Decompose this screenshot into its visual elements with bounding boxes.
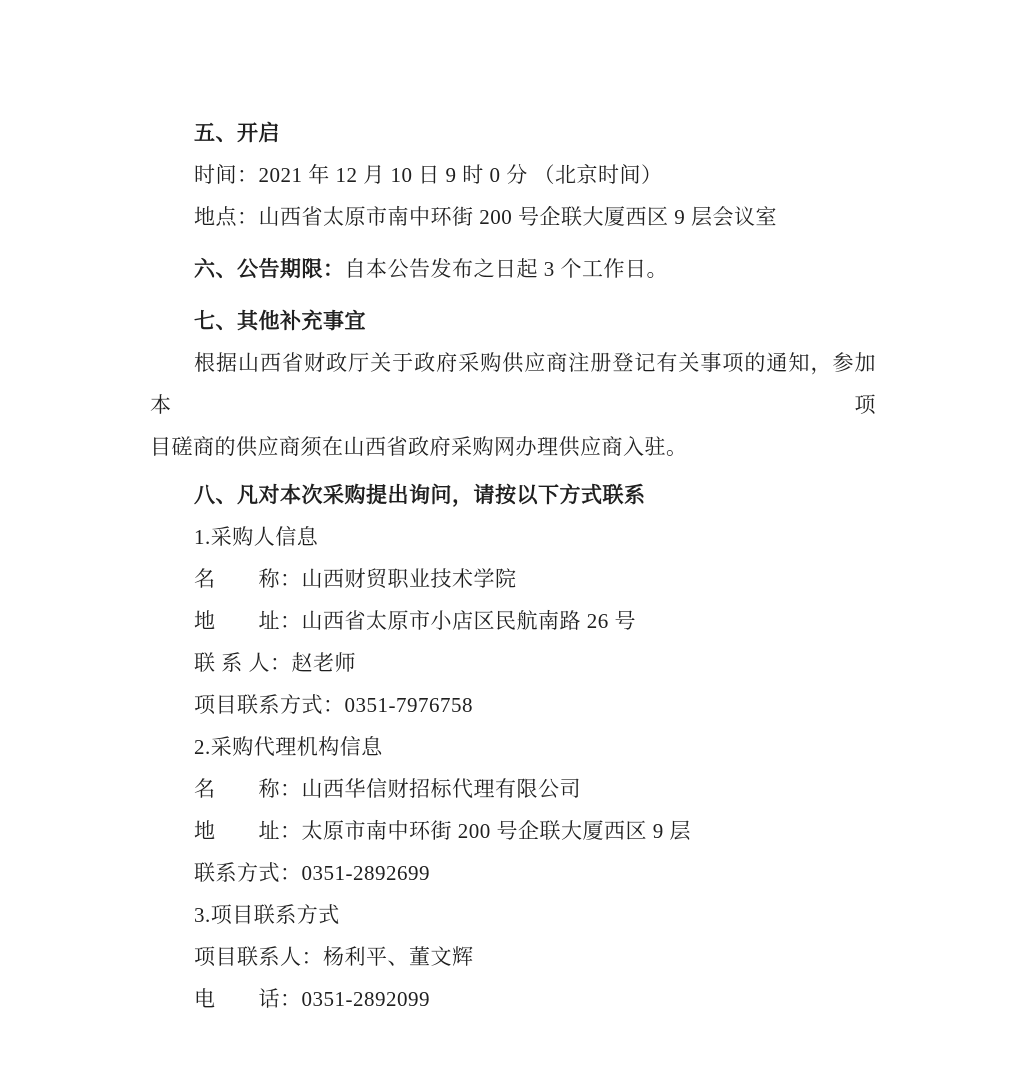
section-5-place-line: 地点：山西省太原市南中环街 200 号企联大厦西区 9 层会议室 (150, 196, 876, 238)
project-phone-line: 电 话：0351-2892099 (150, 978, 876, 1020)
document-page: 五、开启 时间：2021 年 12 月 10 日 9 时 0 分 （北京时间） … (0, 0, 1024, 1087)
purchaser-info-title: 1.采购人信息 (150, 516, 876, 558)
project-contact-title: 3.项目联系方式 (150, 894, 876, 936)
section-5-time-line: 时间：2021 年 12 月 10 日 9 时 0 分 （北京时间） (150, 154, 876, 196)
purchaser-contact-line: 联 系 人：赵老师 (150, 642, 876, 684)
section-7-heading: 七、其他补充事宜 (150, 300, 876, 342)
section-5-heading: 五、开启 (150, 112, 876, 154)
purchaser-address-line: 地 址：山西省太原市小店区民航南路 26 号 (150, 600, 876, 642)
section-6-heading: 六、公告期限： (194, 257, 345, 281)
document-content: 五、开启 时间：2021 年 12 月 10 日 9 时 0 分 （北京时间） … (150, 112, 876, 1020)
section-6-body: 自本公告发布之日起 3 个工作日。 (345, 257, 669, 281)
agency-name-line: 名 称：山西华信财招标代理有限公司 (150, 768, 876, 810)
section-8-heading: 八、凡对本次采购提出询问，请按以下方式联系 (150, 474, 876, 516)
project-contact-line: 项目联系人：杨利平、董文辉 (150, 936, 876, 978)
section-6-line: 六、公告期限：自本公告发布之日起 3 个工作日。 (150, 248, 876, 290)
purchaser-name-line: 名 称：山西财贸职业技术学院 (150, 558, 876, 600)
agency-phone-line: 联系方式：0351-2892699 (150, 852, 876, 894)
purchaser-phone-line: 项目联系方式：0351-7976758 (150, 684, 876, 726)
agency-info-title: 2.采购代理机构信息 (150, 726, 876, 768)
agency-address-line: 地 址：太原市南中环街 200 号企联大厦西区 9 层 (150, 810, 876, 852)
section-7-paragraph-line-1: 根据山西省财政厅关于政府采购供应商注册登记有关事项的通知，参加本项 (150, 342, 876, 426)
section-7-paragraph-line-2: 目磋商的供应商须在山西省政府采购网办理供应商入驻。 (150, 426, 876, 468)
